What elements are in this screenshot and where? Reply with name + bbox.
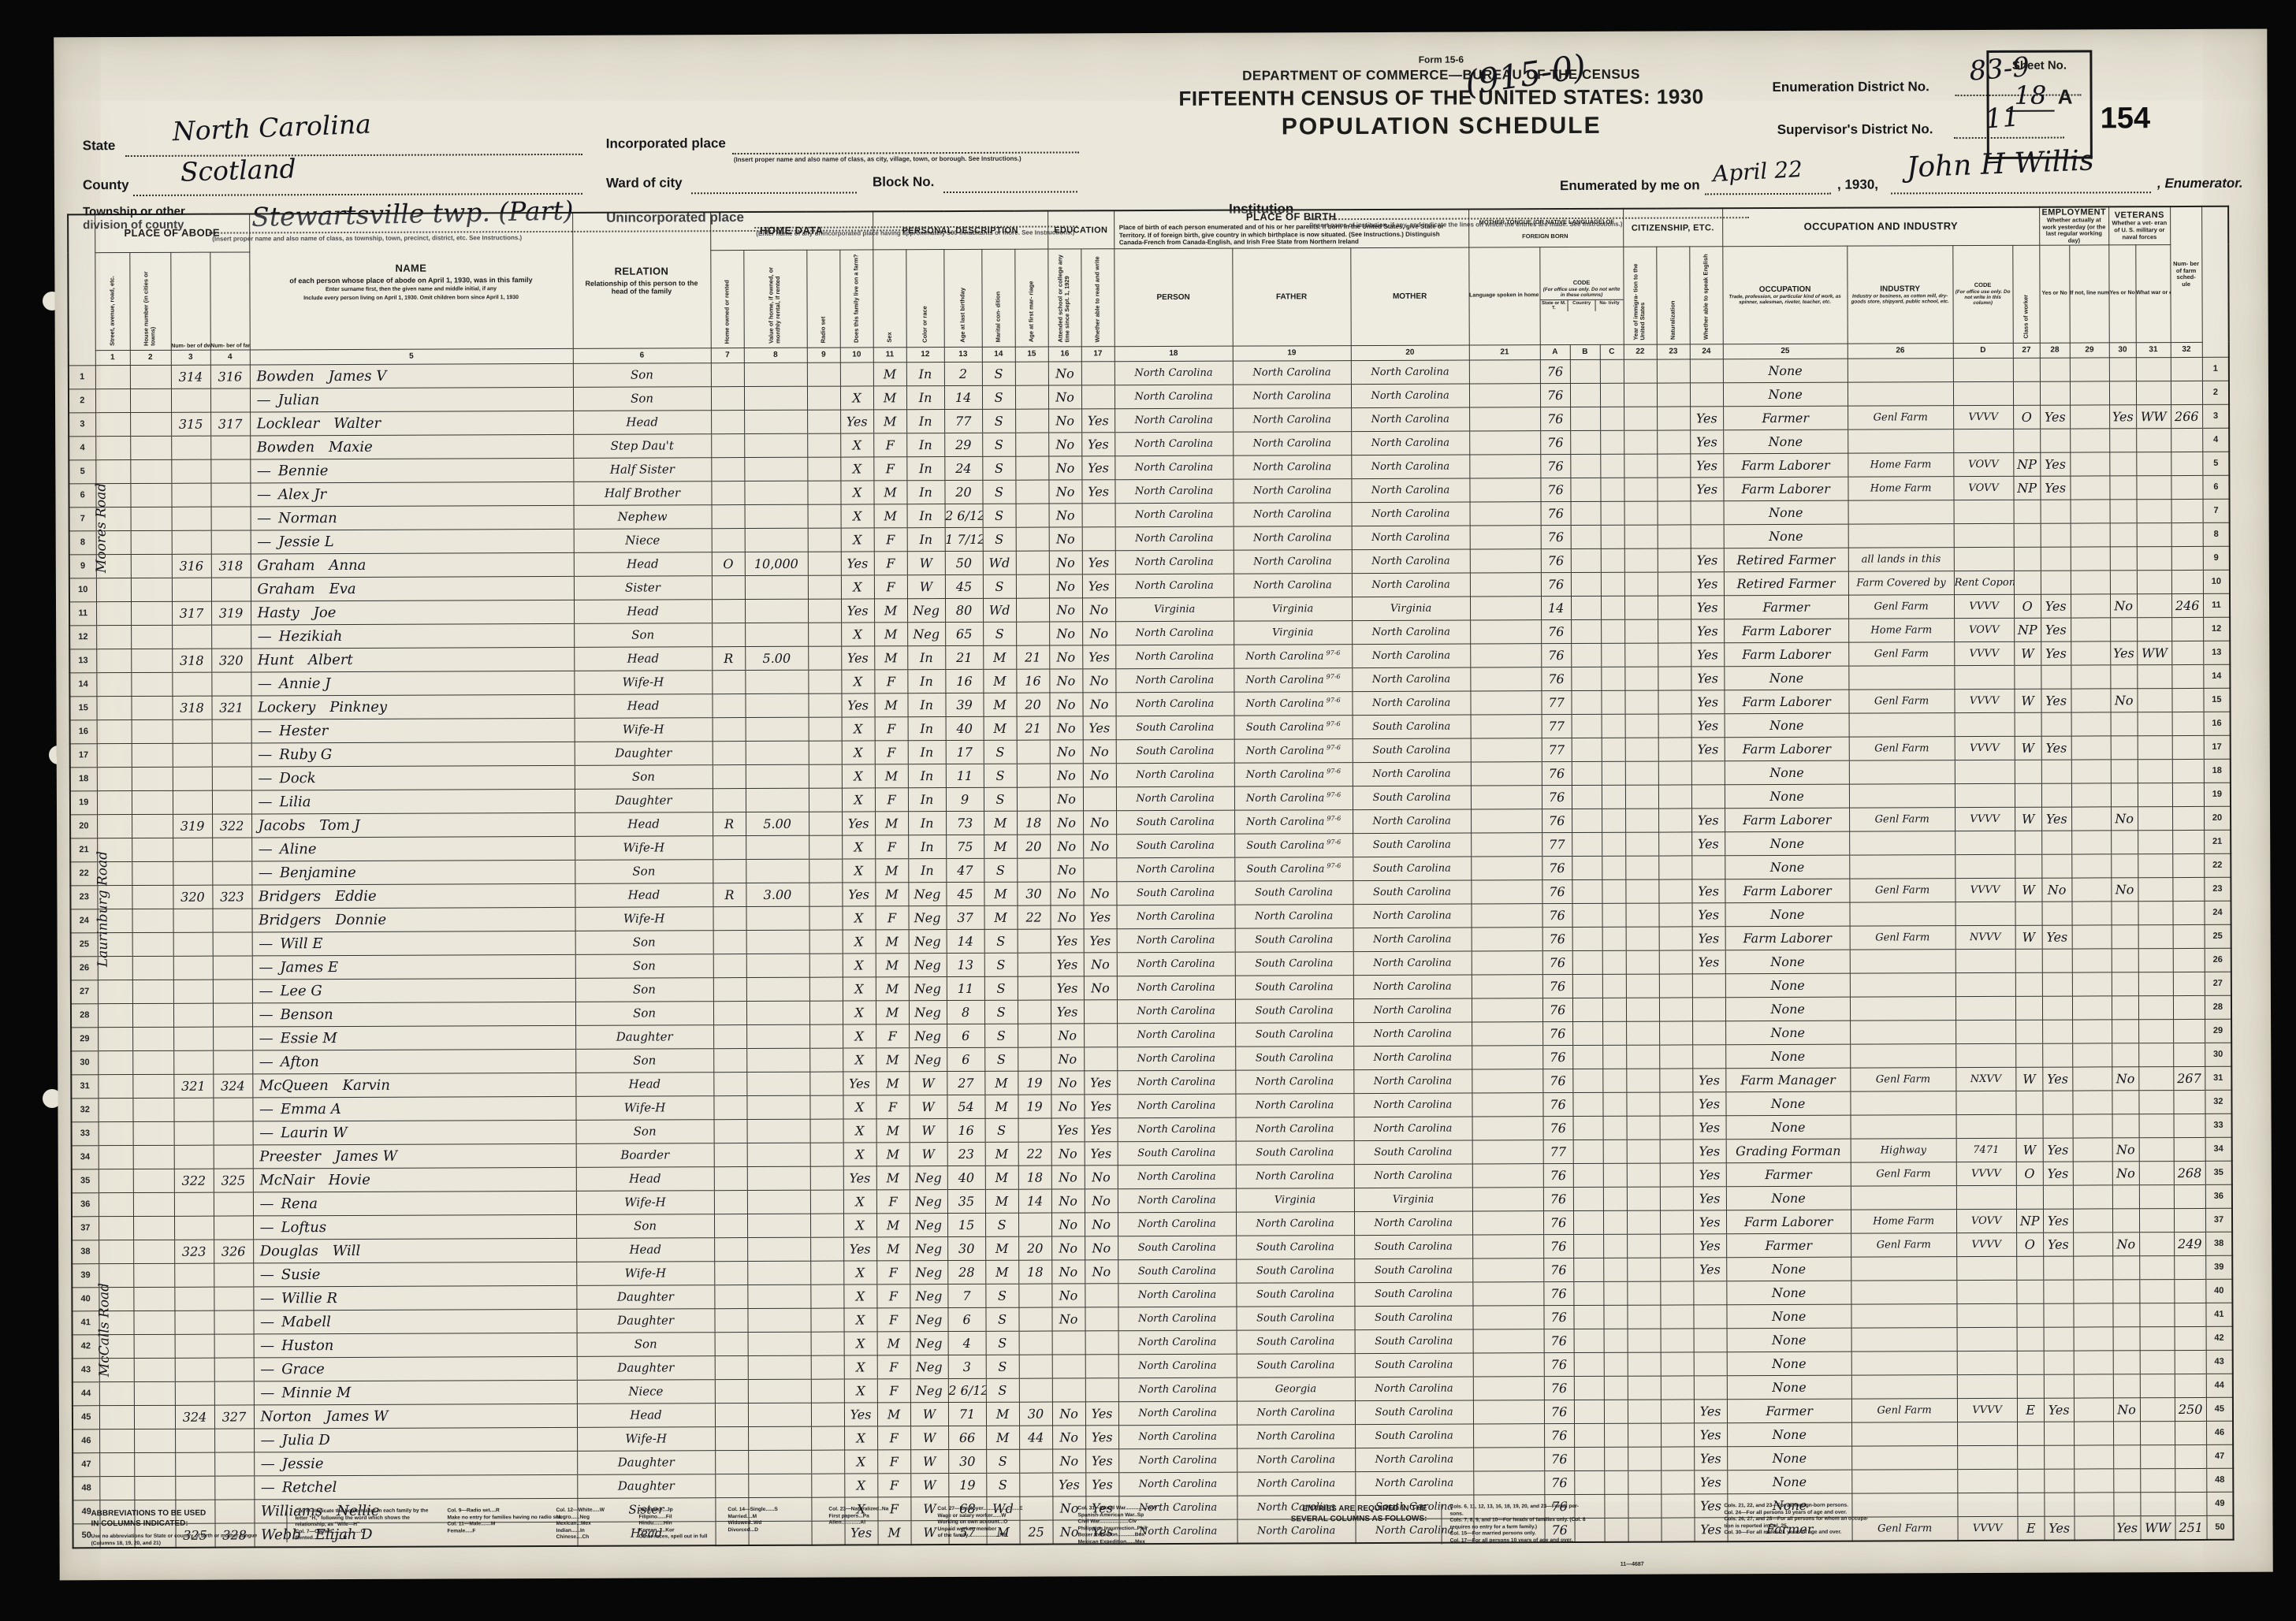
cell-cw [2014, 547, 2041, 571]
cell-sx: F [875, 717, 908, 741]
cell-f [210, 483, 250, 507]
cell-vt [2112, 925, 2138, 949]
cell-nt [1660, 1187, 1693, 1210]
cell-cd: 76 [1543, 1163, 1573, 1187]
cell-in [1850, 1043, 1956, 1068]
cell-cw: W [2015, 925, 2042, 949]
cell-sx: M [876, 1119, 910, 1143]
cell-sx: F [876, 1190, 910, 1214]
cell-cb [1574, 1400, 1604, 1423]
cell-sc [1052, 1378, 1085, 1402]
cell-em: No [2042, 878, 2072, 902]
cell-b1: North Carolina [1115, 574, 1234, 598]
cell-b2: South Carolina [1237, 1353, 1355, 1377]
cell-en: Yes [1691, 690, 1725, 714]
cell-cb [1571, 619, 1601, 643]
cell-cb [1571, 548, 1601, 572]
cell-cd: 77 [1542, 832, 1572, 856]
cell-n: 47 [73, 1452, 99, 1476]
cell-a: 71 [948, 1402, 986, 1426]
cell-rw: No [1082, 622, 1115, 645]
cell-a: 9 [946, 787, 984, 811]
cell-rd [809, 1024, 843, 1048]
cell-in: all lands in this [1848, 547, 1954, 571]
road-name-mid: Laurinburg Road [95, 851, 111, 967]
cell-hn [131, 696, 172, 719]
cell-sx: F [876, 1095, 909, 1119]
cell-m: S [982, 433, 1015, 456]
cell-a: 45 [946, 882, 984, 905]
cell-cb [1574, 1376, 1604, 1400]
cell-lg [1471, 879, 1542, 903]
cell-d [174, 1287, 214, 1311]
cell-em [2044, 1303, 2074, 1327]
cell-nt [1659, 927, 1692, 950]
cell-c: Neg [909, 929, 947, 953]
cell-c: In [906, 480, 944, 504]
cell-yr [1625, 690, 1658, 714]
cell-a: 17 [946, 740, 984, 764]
column-number: 6 [573, 348, 711, 363]
cell-lg [1469, 383, 1540, 407]
cell-cd: 76 [1542, 761, 1572, 785]
cell-sc: No [1048, 480, 1081, 504]
cell-a: 13 [947, 953, 984, 976]
cell-m: S [982, 409, 1015, 433]
cell-r: Son [576, 1214, 714, 1238]
cell-n2: 16 [2204, 712, 2231, 735]
cell-n2: 31 [2205, 1066, 2231, 1090]
cell-rd [809, 1072, 843, 1095]
cell-yr [1624, 619, 1658, 643]
cell-c: W [907, 574, 945, 598]
cell-r: Half Brother [573, 481, 711, 505]
col-header-farm-family: Does this family live on a farm? [839, 250, 873, 348]
column-number: 23 [1657, 344, 1690, 359]
cell-oc: Farm Laborer [1724, 477, 1848, 501]
cell-fs [2172, 806, 2204, 830]
cell-st [96, 625, 131, 649]
cell-nt [1658, 690, 1691, 714]
cell-st [95, 412, 130, 436]
cell-st [98, 980, 132, 1003]
col-header-naturalization: Naturalization [1656, 247, 1689, 344]
office-code: 97-6 [1327, 791, 1341, 798]
cell-c2 [1955, 783, 2015, 807]
cell-cb [1572, 998, 1602, 1021]
cell-hn [133, 1287, 174, 1311]
cell-nt [1661, 1376, 1694, 1400]
cell-sx: F [874, 670, 907, 693]
cell-b3: North Carolina [1354, 1211, 1472, 1236]
cell-nt [1659, 1069, 1692, 1092]
cell-m: S [986, 1355, 1019, 1378]
cell-fm: X [843, 1261, 876, 1285]
cell-fs [2171, 475, 2203, 499]
cell-yr [1624, 383, 1657, 407]
cell-n: 12 [69, 625, 96, 649]
cell-am: 14 [1018, 1189, 1051, 1213]
cell-cc [1602, 950, 1626, 974]
cell-b2: North Carolina [1233, 407, 1351, 432]
population-schedule-table: PLACE OF ABODE NAME of each person whose… [67, 206, 2235, 1549]
cell-v [746, 1095, 809, 1119]
cell-cc [1603, 1092, 1627, 1116]
cell-b2: South Carolina [1235, 1046, 1353, 1070]
column-number: 7 [711, 348, 744, 362]
cell-a: 80 [945, 598, 983, 622]
cell-a: 24 [944, 456, 982, 480]
cell-cb [1574, 1329, 1604, 1352]
cell-c2 [1954, 523, 2014, 547]
cell-ue [2071, 500, 2110, 523]
cell-o [713, 788, 746, 812]
cell-fs [2171, 381, 2202, 404]
cell-em [2042, 949, 2072, 972]
cell-cd: 76 [1542, 1045, 1572, 1069]
cell-en: Yes [1691, 667, 1724, 690]
cell-st [98, 1027, 132, 1050]
cell-lg [1472, 1092, 1543, 1116]
cell-sc: No [1048, 409, 1081, 433]
cell-cd: 76 [1540, 430, 1570, 454]
cell-n2: 8 [2203, 522, 2230, 546]
cell-b3: North Carolina [1353, 1046, 1472, 1070]
cell-c2 [1956, 972, 2015, 996]
cell-cw: O [2013, 405, 2040, 429]
cell-cc [1602, 903, 1626, 927]
office-code: 97-6 [1327, 815, 1341, 822]
cell-em: Yes [2044, 1398, 2074, 1422]
cell-f [214, 1381, 254, 1405]
cell-b3: South Carolina [1353, 738, 1471, 763]
cell-n2: 9 [2203, 546, 2230, 570]
cell-cb [1572, 809, 1602, 832]
cell-in [1849, 783, 1955, 808]
cell-st [99, 1169, 133, 1192]
cell-o [715, 1426, 748, 1450]
cell-sx: F [876, 906, 909, 930]
cell-rw [1085, 1378, 1118, 1402]
signature-line [1891, 191, 2151, 194]
cell-v [747, 1214, 810, 1237]
cell-sc: No [1048, 433, 1081, 456]
cell-vw [2139, 1232, 2174, 1255]
column-number: 4 [210, 350, 250, 365]
cell-cc [1601, 667, 1624, 690]
cell-fm: X [841, 575, 874, 599]
legend-line: Indian......In [556, 1527, 631, 1534]
cell-lg [1472, 974, 1542, 998]
cell-cw: O [2016, 1232, 2043, 1256]
cell-f [214, 1145, 253, 1169]
cell-d [173, 909, 212, 932]
cell-in [1848, 429, 1953, 453]
cell-d: 317 [172, 601, 211, 625]
cell-cw [2015, 712, 2041, 736]
cell-rw: Yes [1082, 551, 1115, 574]
cell-o: R [713, 883, 746, 906]
cell-fs [2174, 1137, 2205, 1161]
cell-f [214, 1334, 254, 1358]
legend-abbrev-title: ABBREVIATIONS TO BE USEDIN COLUMNS INDIC… [91, 1508, 272, 1547]
legend-col23: Col. 23—Naturalized..NaFirst papers...Pa… [828, 1506, 923, 1526]
cell-b2: South Carolina [1236, 1140, 1354, 1165]
cell-fs [2171, 570, 2203, 593]
cell-cd: 14 [1541, 596, 1571, 619]
cell-c: Neg [907, 622, 945, 645]
cell-f [210, 389, 250, 412]
cell-n: 11 [69, 601, 96, 625]
cell-c: Neg [907, 598, 945, 622]
cell-in: Genl Farm [1848, 641, 1954, 666]
cell-fs: 250 [2175, 1397, 2206, 1421]
cell-cd: 76 [1543, 1258, 1573, 1281]
cell-r: Wife-H [575, 906, 713, 931]
sheet-letter: A [2058, 85, 2073, 109]
cell-cb [1571, 572, 1601, 596]
cell-r: Daughter [577, 1474, 715, 1498]
cell-c2 [1956, 949, 2015, 972]
cell-rw [1084, 1024, 1117, 1047]
cell-m: S [986, 1331, 1019, 1355]
cell-rd [809, 859, 842, 883]
column-number: 27 [2013, 343, 2040, 358]
cell-ue [2072, 902, 2112, 925]
cell-o [713, 835, 746, 859]
cell-oc: None [1725, 855, 1849, 879]
cell-lg [1470, 501, 1541, 525]
cell-b1: South Carolina [1116, 834, 1234, 858]
cell-d [174, 1121, 214, 1145]
cell-nm: — Julia D [254, 1427, 577, 1452]
cell-d [175, 1381, 214, 1405]
cell-r: Wife-H [575, 835, 713, 860]
cell-f [214, 1121, 253, 1145]
cell-fs: 266 [2171, 404, 2202, 428]
cell-b1: North Carolina [1117, 905, 1235, 929]
cell-sx: M [876, 930, 909, 954]
cell-a: 7 [947, 1284, 985, 1307]
cell-rd [811, 1474, 844, 1497]
cell-lg [1473, 1400, 1544, 1423]
cell-em [2041, 783, 2071, 807]
cell-ue [2072, 996, 2112, 1020]
cell-f [212, 767, 251, 790]
cell-fm: Yes [841, 552, 874, 575]
cell-a: 66 [948, 1426, 986, 1449]
cell-r: Head [577, 1403, 715, 1427]
cell-c2: VVVV [1954, 594, 2014, 618]
cell-fs [2173, 948, 2205, 972]
cell-c2 [1957, 1422, 2017, 1445]
legend-col31: Col. 31—World War...............WWSpanis… [1077, 1505, 1208, 1546]
cell-nm: Norton James W [254, 1404, 577, 1429]
cell-nt [1658, 832, 1691, 856]
cell-n2: 36 [2205, 1184, 2232, 1208]
cell-am: 19 [1018, 1071, 1051, 1095]
group-citizenship: CITIZENSHIP, ETC. [1623, 208, 1722, 247]
cell-f [213, 1050, 252, 1074]
cell-b3: North Carolina [1353, 809, 1471, 834]
cell-c2 [1955, 760, 2015, 783]
cell-oc: Farm Manager [1725, 1068, 1850, 1092]
cell-m: M [985, 1260, 1018, 1284]
cell-sc: No [1048, 385, 1081, 409]
cell-vt [2109, 381, 2136, 405]
cell-vt [2112, 972, 2138, 996]
cell-oc: None [1726, 1091, 1851, 1116]
enumerated-year: , 1930, [1837, 177, 1878, 193]
cell-am [1018, 1000, 1051, 1024]
cell-o [714, 1119, 747, 1143]
cell-lg [1471, 738, 1542, 761]
cell-o [711, 362, 744, 386]
cell-d [172, 530, 211, 554]
cell-cd: 76 [1544, 1400, 1574, 1423]
cell-n: 25 [71, 932, 98, 956]
column-number: 28 [2040, 343, 2070, 358]
cell-nm: — Hezikiah [251, 623, 574, 649]
cell-oc: Farmer [1726, 1162, 1851, 1187]
cell-nt [1660, 1163, 1693, 1187]
cell-rd [810, 1308, 843, 1332]
cell-in [1851, 1422, 1957, 1446]
cell-cb [1572, 974, 1602, 998]
cell-f [214, 1311, 253, 1334]
cell-vw: WW [2137, 641, 2171, 664]
cell-vt [2113, 1303, 2140, 1327]
cell-n: 31 [71, 1074, 98, 1098]
cell-b3: North Carolina [1355, 1471, 1473, 1496]
cell-cw: W [2015, 736, 2041, 760]
cell-oc: None [1727, 1328, 1851, 1352]
cell-em [2040, 358, 2070, 381]
cell-cb [1571, 667, 1601, 690]
cell-nm: Jacobs Tom J [251, 812, 575, 838]
cell-nt [1658, 525, 1691, 548]
cell-n: 27 [71, 980, 98, 1003]
cell-cw: W [2015, 1067, 2042, 1091]
cell-b2: North Carolina [1236, 1093, 1354, 1117]
cell-d: 321 [173, 1074, 213, 1098]
cell-f: 317 [210, 412, 250, 436]
cell-sx: M [874, 623, 907, 646]
cell-n2: 11 [2203, 593, 2230, 617]
cell-n2: 32 [2205, 1090, 2232, 1114]
legend-line: Mexican Expedition......Mex [1078, 1539, 1208, 1546]
cell-m: M [984, 811, 1017, 835]
cell-lg [1472, 950, 1542, 974]
column-number: 31 [2136, 342, 2171, 357]
office-code: 97-6 [1327, 720, 1341, 727]
cell-a: 6 [947, 1307, 985, 1331]
cell-fm: Yes [843, 1166, 876, 1190]
cell-vw [2136, 428, 2171, 452]
cell-m: M [985, 1189, 1018, 1213]
cell-b1: North Carolina [1116, 786, 1234, 811]
cell-hn [131, 672, 172, 696]
cell-b1: North Carolina [1115, 408, 1233, 433]
cell-yr [1624, 667, 1658, 690]
cell-vw [2136, 452, 2171, 475]
col-header-occ-code: CODE (For office use only. Do not write … [1952, 245, 2012, 343]
cell-en: Yes [1691, 832, 1725, 856]
cell-st [95, 389, 130, 412]
cell-vt [2112, 1185, 2139, 1209]
cell-n: 39 [72, 1263, 99, 1287]
cell-em [2043, 1185, 2073, 1209]
cell-fs: 249 [2174, 1232, 2205, 1255]
cell-n2: 40 [2205, 1279, 2232, 1303]
cell-cc [1600, 383, 1624, 407]
cell-fs [2173, 972, 2205, 995]
cell-cc [1601, 572, 1624, 596]
cell-ue [2072, 1020, 2112, 1043]
cell-em [2043, 1091, 2073, 1114]
cell-rd [807, 481, 840, 504]
cell-sx: M [873, 362, 906, 386]
cell-b1: North Carolina [1115, 668, 1234, 693]
cell-c: In [907, 504, 945, 527]
cell-vt [2111, 831, 2138, 854]
cell-ue [2071, 736, 2111, 760]
cell-v [748, 1379, 811, 1403]
cell-n2: 6 [2203, 475, 2230, 499]
cell-oc: Farm Laborer [1726, 1210, 1851, 1234]
cell-d [173, 790, 212, 814]
cell-rw [1083, 787, 1116, 811]
cell-yr [1625, 856, 1658, 879]
cell-rd [807, 386, 840, 410]
cell-fm: X [843, 1001, 876, 1024]
cell-c: Neg [910, 1166, 947, 1189]
cell-yr [1626, 927, 1659, 950]
cell-fs [2175, 1326, 2206, 1350]
cell-b2: North Carolina [1233, 360, 1351, 385]
cell-ue [2071, 641, 2110, 665]
cell-r: Son [575, 954, 713, 978]
cell-ue [2072, 878, 2112, 902]
cell-o [711, 433, 744, 457]
cell-d [173, 861, 212, 885]
cell-f [212, 719, 251, 743]
col-header-read-write: Whether able to read and write [1081, 249, 1114, 347]
cell-b2: North Carolina [1234, 573, 1352, 597]
cell-nt [1658, 643, 1691, 667]
cell-sx: M [875, 764, 908, 788]
cell-oc: None [1727, 1351, 1851, 1376]
cell-n: 26 [71, 956, 98, 980]
cell-cd: 76 [1540, 383, 1570, 407]
cell-cw [2015, 854, 2041, 878]
cell-c2: VVVV [1955, 807, 2015, 831]
cell-f [213, 1027, 252, 1050]
cell-n: 24 [70, 909, 97, 932]
cell-em: Yes [2041, 689, 2071, 712]
cell-nm: — Julian [250, 387, 573, 412]
cell-c: Neg [910, 1378, 948, 1402]
cell-b3: South Carolina [1354, 1282, 1472, 1307]
cell-b3: South Carolina [1354, 1235, 1472, 1259]
cell-yr [1626, 974, 1659, 998]
cell-nt [1661, 1305, 1694, 1329]
cell-b1: North Carolina [1115, 645, 1234, 669]
cell-nm: — Mabell [253, 1309, 576, 1334]
cell-cc [1603, 1187, 1627, 1210]
cell-am [1019, 1449, 1052, 1473]
cell-rd [810, 1166, 843, 1190]
